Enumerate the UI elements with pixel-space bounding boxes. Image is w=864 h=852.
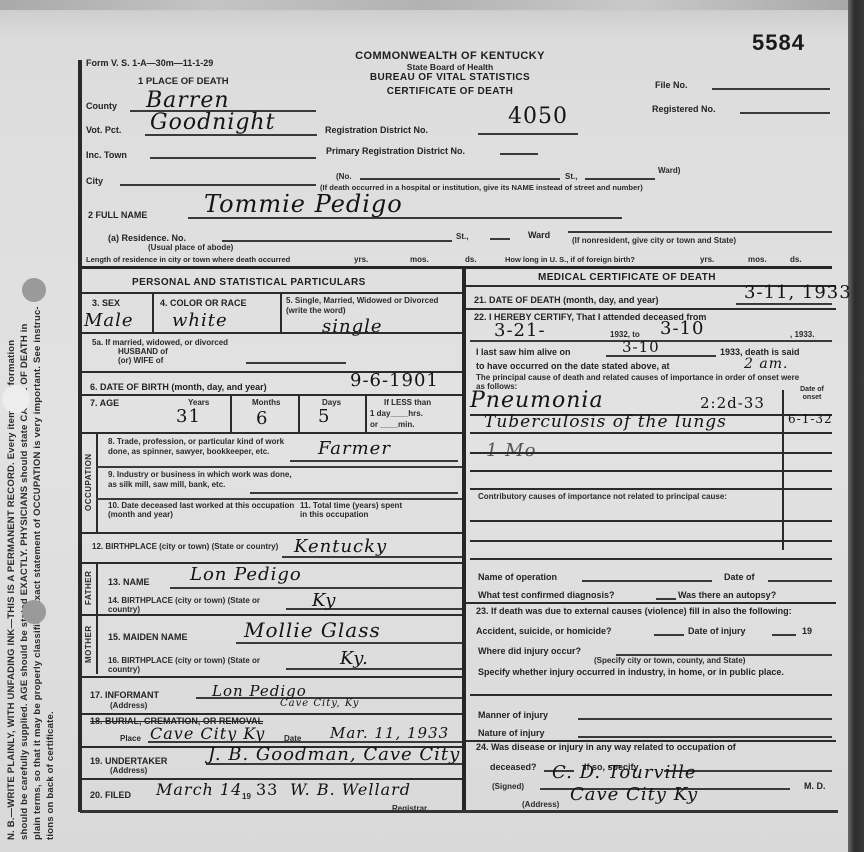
industry-line [250, 492, 458, 494]
registered-no-label: Registered No. [652, 104, 716, 114]
punch-hole-icon [22, 278, 46, 302]
months-value: 6 [256, 408, 268, 429]
residence-ward-label: Ward [528, 230, 550, 240]
color-label: 4. COLOR OR RACE [160, 298, 247, 308]
date-of-line [768, 580, 832, 582]
age-label: 7. AGE [90, 398, 119, 408]
mother-birthplace-line [286, 668, 462, 670]
place-of-death-label: 1 PLACE OF DEATH [138, 76, 229, 87]
punch-hole-icon [2, 385, 30, 413]
mother-side-label: MOTHER [84, 618, 94, 670]
mother-side-divider [96, 614, 98, 674]
mother-birthplace-value: Ky. [340, 648, 369, 669]
us-yrs-label: yrs. [700, 255, 714, 264]
nature-line [578, 736, 832, 738]
attended-to-value: 3-10 [660, 318, 704, 339]
undertaker-label: 19. UNDERTAKER [90, 756, 167, 766]
margin-instructions: N. B.—WRITE PLAINLY, WITH UNFADING INK—T… [6, 60, 66, 840]
accident-line [654, 634, 684, 636]
md-label: M. D. [804, 781, 826, 791]
row-rule [82, 676, 462, 678]
residence-st-line [490, 238, 510, 240]
length-of-residence-label: Length of residence in city or town wher… [86, 255, 290, 264]
mother-maiden-line [236, 642, 462, 644]
row-rule [466, 602, 836, 604]
spouse-label: 5a. If married, widowed, or divorced [92, 338, 228, 347]
father-side-label: FATHER [84, 566, 94, 610]
trade-value: Farmer [318, 438, 391, 459]
header-board: State Board of Health [330, 62, 570, 72]
filed-date-value: March 14 [156, 780, 242, 799]
last-saw-value: 3-10 [622, 338, 660, 356]
primary-registration-line [500, 153, 538, 155]
sex-value: Male [84, 310, 134, 331]
day-hrs-label: 1 day____hrs. [370, 409, 423, 418]
residence-ward-line [568, 231, 832, 233]
signed-value: C. D. Tourville [552, 762, 697, 783]
scan-edge-shadow [848, 0, 864, 852]
inc-town-label: Inc. Town [86, 150, 127, 160]
contributory-line-2 [470, 540, 832, 542]
if-less-label: If LESS than [384, 398, 431, 407]
row-rule [466, 308, 836, 310]
filed-year-value: 33 [256, 780, 278, 799]
registration-district-line [478, 133, 578, 135]
cause-1-value: Pneumonia [470, 388, 604, 413]
informant-address-value: Cave City, Ky [280, 698, 359, 709]
county-label: County [86, 101, 117, 111]
address-value: Cave City Ky [570, 784, 698, 805]
husband-label: HUSBAND of [118, 347, 168, 356]
nature-label: Nature of injury [478, 728, 545, 738]
dob-value: 9-6-1901 [350, 370, 439, 391]
row-rule [82, 432, 462, 434]
punch-hole-icon [22, 600, 46, 624]
days-value: 5 [318, 406, 330, 427]
father-name-value: Lon Pedigo [190, 564, 302, 585]
mother-maiden-value: Mollie Glass [244, 618, 381, 642]
age-years-divider [230, 394, 232, 432]
specify-label: Specify whether injury occurred in indus… [478, 667, 832, 677]
header-commonwealth: COMMONWEALTH OF KENTUCKY [330, 50, 570, 62]
primary-registration-label: Primary Registration District No. [326, 146, 465, 156]
us-ds-label: ds. [790, 255, 802, 264]
length-yrs-label: yrs. [354, 255, 368, 264]
attended-from-value: 3-21- [494, 320, 546, 341]
residence-st-label: St., [456, 232, 468, 241]
color-value: white [172, 310, 228, 331]
address-label: (Address) [522, 800, 559, 809]
age-days-divider [365, 394, 367, 432]
header-bureau: BUREAU OF VITAL STATISTICS [330, 72, 570, 83]
personal-header-rule [82, 292, 462, 294]
wife-label: (or) WIFE of [118, 356, 163, 365]
father-side-divider [96, 562, 98, 614]
injury-date-label: Date of injury [688, 626, 746, 636]
or-min-label: or ____min. [370, 420, 414, 429]
trade-line [290, 460, 458, 462]
last-worked-label: 10. Date deceased last worked at this oc… [108, 501, 298, 519]
registered-no-line [740, 112, 830, 114]
row-rule [82, 713, 462, 715]
file-no-line [712, 88, 830, 90]
row-rule [82, 532, 462, 534]
birthplace-label: 12. BIRTHPLACE (city or town) (State or … [92, 542, 282, 551]
date-of-onset-label: Date of onset [792, 386, 832, 402]
informant-label: 17. INFORMANT [90, 690, 159, 700]
registration-district-label: Registration District No. [325, 125, 428, 135]
mother-birthplace-label: 16. BIRTHPLACE (city or town) (State or … [108, 656, 288, 674]
residence-sub-label: (Usual place of abode) [148, 243, 233, 252]
nonresident-note: (If nonresident, give city or town and S… [572, 236, 736, 245]
signed-label: (Signed) [492, 782, 524, 791]
injury-date-line [772, 634, 796, 636]
undertaker-value: J. B. Goodman, Cave City [208, 744, 460, 765]
last-saw-label: I last saw him alive on [476, 347, 571, 357]
header-title: CERTIFICATE OF DEATH [330, 86, 570, 97]
row-rule [96, 466, 462, 468]
inc-town-line [150, 157, 316, 159]
burial-date-value: Mar. 11, 1933 [330, 724, 449, 742]
cause-2-value: Tuberculosis of the lungs [484, 412, 727, 432]
row-rule [82, 394, 462, 396]
informant-address-label: (Address) [110, 701, 147, 710]
filed-label: 20. FILED [90, 790, 131, 800]
cause-line-2 [470, 432, 832, 434]
father-birthplace-label: 14. BIRTHPLACE (city or town) (State or … [108, 596, 288, 614]
autopsy-label: Was there an autopsy? [678, 590, 776, 600]
full-name-value: Tommie Pedigo [204, 190, 403, 218]
row-rule [82, 332, 462, 334]
marital-label: 5. Single, Married, Widowed or Divorced … [286, 296, 458, 316]
residence-label: (a) Residence. No. [108, 233, 186, 243]
diagnosis-label: What test confirmed diagnosis? [478, 590, 615, 600]
city-label: City [86, 176, 103, 186]
margin-note-line-4: tions on back of certificate. [45, 60, 61, 840]
contributory-label: Contributory causes of importance not re… [478, 492, 727, 501]
form-bottom-border [80, 810, 838, 813]
section-divider [82, 266, 832, 269]
burial-line [148, 741, 462, 743]
years-value: 31 [176, 406, 201, 427]
personal-section-title: PERSONAL AND STATISTICAL PARTICULARS [132, 277, 366, 288]
undertaker-address-label: (Address) [110, 766, 147, 775]
age-months-divider [298, 394, 300, 432]
deceased-label: deceased? [490, 762, 537, 772]
date-of-death-value: 3-11, 1933 [744, 282, 852, 303]
cause-line-4 [470, 470, 832, 472]
row-rule [96, 498, 462, 500]
cause-line-5 [470, 488, 832, 490]
father-birthplace-value: Ky [312, 590, 336, 611]
residence-line [222, 240, 452, 242]
birthplace-value: Kentucky [294, 536, 387, 557]
registrar-value: W. B. Wellard [290, 780, 411, 799]
operation-line [582, 580, 712, 582]
contributory-line-3 [470, 558, 832, 560]
diagnosis-line [656, 598, 676, 600]
city-st-line [585, 178, 655, 180]
occupation-side-label: OCCUPATION [84, 440, 94, 524]
cause-1-onset: 2:2d-33 [700, 394, 765, 412]
city-line [120, 184, 316, 186]
city-no-line [360, 178, 560, 180]
accident-label: Accident, suicide, or homicide? [476, 626, 612, 636]
vot-pct-value: Goodnight [150, 110, 275, 135]
sex-color-divider [152, 292, 154, 332]
year-label-2: , 1933. [790, 330, 814, 339]
city-st-label: St., [565, 172, 577, 181]
how-long-us-label: How long in U. S., if of foreign birth? [505, 255, 635, 264]
occurred-value: 2 am. [744, 356, 788, 372]
where-sub-label: (Specify city or town, county, and State… [594, 656, 745, 665]
mother-maiden-label: 15. MAIDEN NAME [108, 632, 188, 642]
father-name-label: 13. NAME [108, 577, 150, 587]
row-rule [82, 614, 462, 616]
sex-label: 3. SEX [92, 298, 120, 308]
us-mos-label: mos. [748, 255, 767, 264]
file-no-label: File No. [655, 80, 688, 90]
color-marital-divider [280, 292, 282, 332]
specify-line [470, 694, 832, 696]
contributory-line-1 [470, 520, 832, 522]
burial-place-label: Place [120, 734, 141, 743]
center-column-divider [462, 268, 466, 812]
vot-pct-label: Vot. Pct. [86, 125, 121, 135]
trade-label: 8. Trade, profession, or particular kind… [108, 437, 298, 457]
total-time-label: 11. Total time (years) spent in this occ… [300, 501, 410, 519]
occurred-label: to have occurred on the date stated abov… [476, 361, 670, 371]
months-label: Months [252, 398, 280, 407]
occupation-side-divider [96, 432, 98, 532]
length-mos-label: mos. [410, 255, 429, 264]
dob-label: 6. DATE OF BIRTH (month, day, and year) [90, 382, 267, 392]
document-header: COMMONWEALTH OF KENTUCKY State Board of … [330, 50, 570, 97]
certificate-number-stamp: 5584 [752, 30, 805, 56]
father-name-line [170, 587, 462, 589]
form-code: Form V. S. 1-A—30m—11-1-29 [86, 58, 213, 68]
manner-label: Manner of injury [478, 710, 548, 720]
registration-district-value: 4050 [508, 104, 568, 129]
industry-label: 9. Industry or business in which work wa… [108, 470, 298, 490]
cause-2-onset: 6-1-32 [788, 412, 833, 426]
where-label: Where did injury occur? [478, 646, 581, 656]
date-of-label: Date of [724, 572, 755, 582]
city-ward-label: Ward) [658, 166, 680, 175]
cause-3-value: 1 Mo [486, 440, 536, 461]
filed-year-prefix: 19 [242, 792, 251, 801]
operation-label: Name of operation [478, 572, 557, 582]
length-ds-label: ds. [465, 255, 477, 264]
form-left-border [78, 60, 82, 812]
medical-section-title: MEDICAL CERTIFICATE OF DEATH [538, 272, 716, 283]
injury-year-label: 19 [802, 626, 812, 636]
occupation-related-label: 24. Was disease or injury in any way rel… [476, 742, 736, 752]
manner-line [578, 718, 832, 720]
date-of-death-line [736, 303, 832, 305]
cause-line-3 [470, 452, 832, 454]
external-label: 23. If death was due to external causes … [476, 606, 792, 616]
city-no-label: (No. [336, 172, 352, 181]
full-name-label: 2 FULL NAME [88, 210, 147, 220]
spouse-line [246, 362, 346, 364]
date-of-death-label: 21. DATE OF DEATH (month, day, and year) [474, 295, 659, 305]
